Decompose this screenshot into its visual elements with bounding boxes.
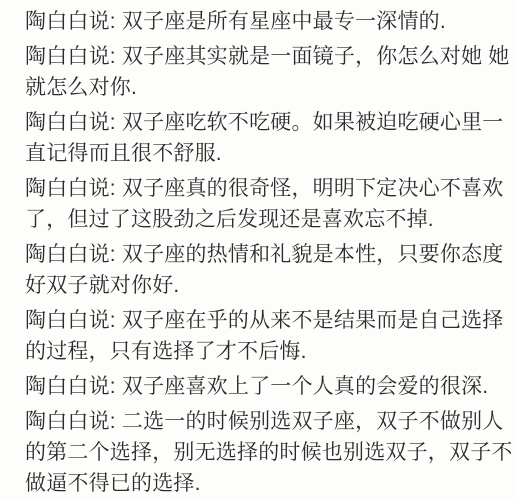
quote-paragraph-2: 陶白白说: 双子座其实就是一面镜子，你怎么对她 她 就怎么对你.: [25, 41, 495, 103]
quote-line: 陶白白说: 双子座真的很奇怪，明明下定决心不喜欢: [25, 173, 495, 204]
quote-line: 直记得而且很不舒服.: [25, 138, 495, 169]
quote-line: 陶白白说: 双子座的热情和礼貌是本性，只要你态度: [25, 239, 495, 270]
quote-line: 陶白白说: 双子座是所有星座中最专一深情的.: [25, 6, 495, 37]
quote-paragraph-1: 陶白白说: 双子座是所有星座中最专一深情的.: [25, 6, 495, 37]
quote-paragraph-4: 陶白白说: 双子座真的很奇怪，明明下定决心不喜欢 了，但过了这股劲之后发现还是喜…: [25, 173, 495, 235]
quote-line: 陶白白说: 双子座在乎的从来不是结果而是自己选择: [25, 305, 495, 336]
quote-line: 的第二个选择，别无选择的时候也别选双子，双子不: [25, 437, 495, 468]
quote-line: 了，但过了这股劲之后发现还是喜欢忘不掉.: [25, 204, 495, 235]
quote-paragraph-6: 陶白白说: 双子座在乎的从来不是结果而是自己选择 的过程，只有选择了才不后悔.: [25, 305, 495, 367]
quote-line: 陶白白说: 双子座吃软不吃硬。如果被迫吃硬心里一: [25, 107, 495, 138]
quote-line: 的过程，只有选择了才不后悔.: [25, 336, 495, 367]
quote-line: 好双子就对你好.: [25, 270, 495, 301]
quote-line: 陶白白说: 二选一的时候别选双子座，双子不做别人: [25, 406, 495, 437]
quote-paragraph-3: 陶白白说: 双子座吃软不吃硬。如果被迫吃硬心里一 直记得而且很不舒服.: [25, 107, 495, 169]
quote-paragraph-5: 陶白白说: 双子座的热情和礼貌是本性，只要你态度 好双子就对你好.: [25, 239, 495, 301]
quote-line: 就怎么对你.: [25, 72, 495, 103]
quote-paragraph-8: 陶白白说: 二选一的时候别选双子座，双子不做别人 的第二个选择，别无选择的时候也…: [25, 406, 495, 499]
quote-line: 陶白白说: 双子座其实就是一面镜子，你怎么对她 她: [25, 41, 495, 72]
quote-line: 陶白白说: 双子座喜欢上了一个人真的会爱的很深.: [25, 371, 495, 402]
quote-line: 做逼不得已的选择.: [25, 468, 495, 499]
quote-card: 陶白白说: 双子座是所有星座中最专一深情的. 陶白白说: 双子座其实就是一面镜子…: [0, 0, 515, 499]
quote-paragraph-7: 陶白白说: 双子座喜欢上了一个人真的会爱的很深.: [25, 371, 495, 402]
